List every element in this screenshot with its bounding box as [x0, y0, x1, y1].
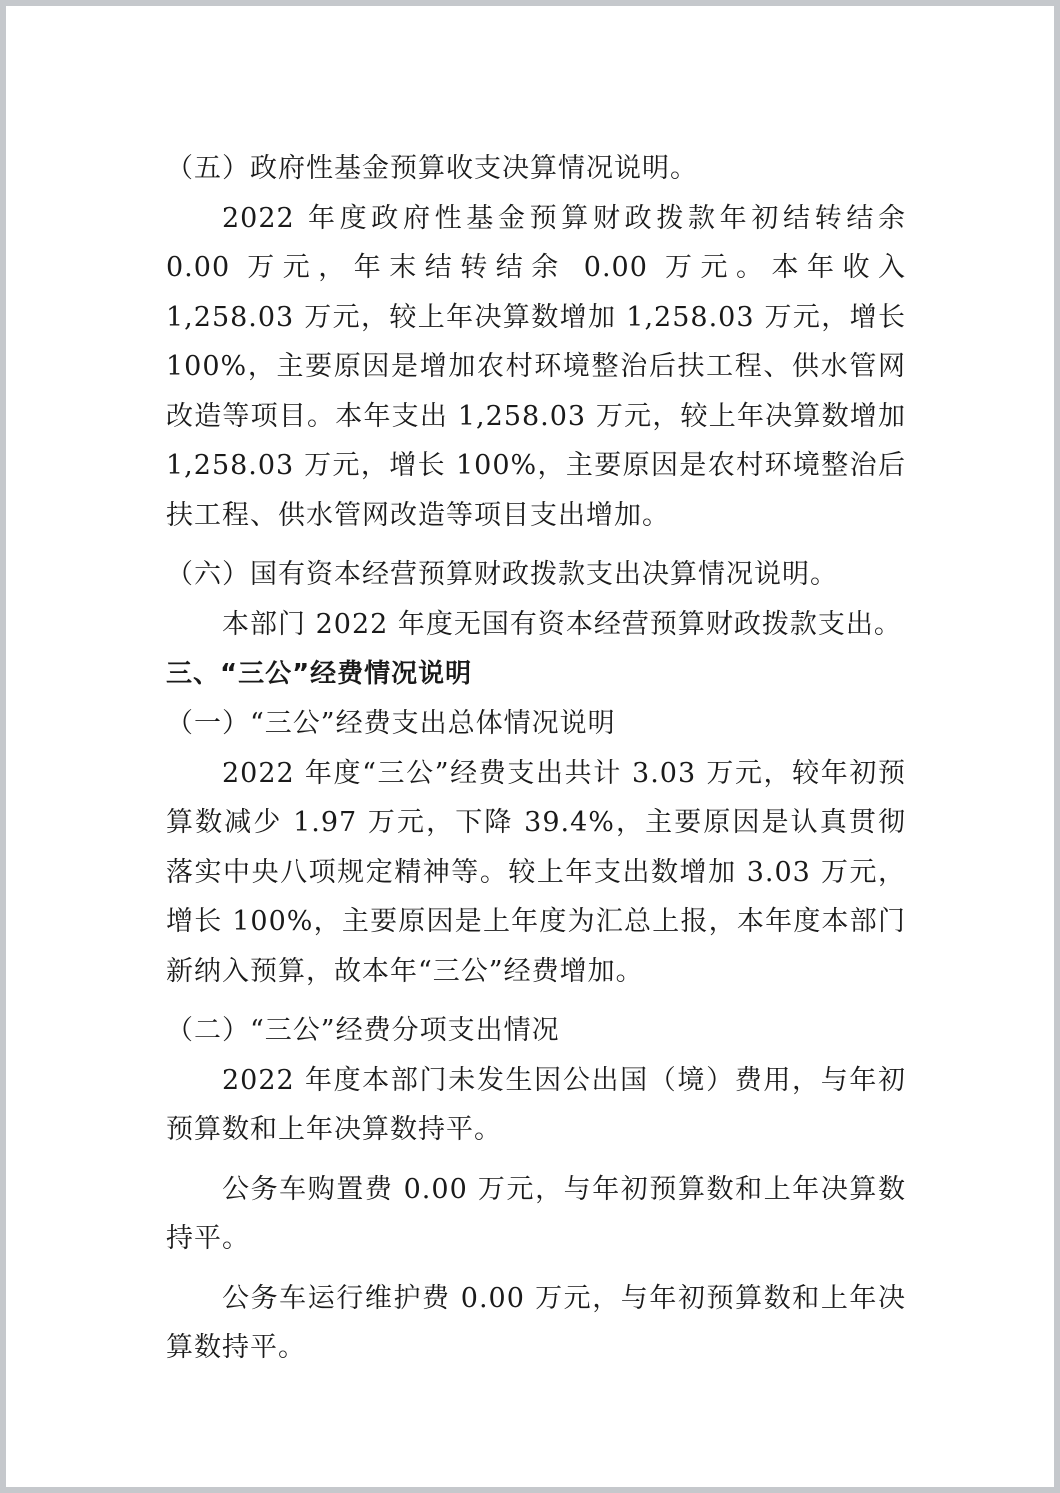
section-heading-5: （五）政府性基金预算收支决算情况说明。: [166, 144, 906, 194]
subsection-2-paragraph-1: 2022 年度本部门未发生因公出国（境）费用，与年初预算数和上年决算数持平。: [166, 1056, 906, 1155]
subsection-2-paragraph-3: 公务车运行维护费 0.00 万元，与年初预算数和上年决算数持平。: [166, 1274, 906, 1373]
section-heading-6: （六）国有资本经营预算财政拨款支出决算情况说明。: [166, 550, 906, 600]
subsection-2-paragraph-2: 公务车购置费 0.00 万元，与年初预算数和上年决算数持平。: [166, 1165, 906, 1264]
main-heading-three-public: 三、“三公”经费情况说明: [166, 649, 906, 699]
section-5-paragraph: 2022 年度政府性基金预算财政拨款年初结转结余 0.00 万元，年末结转结余 …: [166, 194, 906, 541]
subsection-heading-1: （一）“三公”经费支出总体情况说明: [166, 699, 906, 749]
section-6-paragraph: 本部门 2022 年度无国有资本经营预算财政拨款支出。: [166, 600, 906, 650]
subsection-1-paragraph: 2022 年度“三公”经费支出共计 3.03 万元，较年初预算数减少 1.97 …: [166, 749, 906, 997]
document-page: （五）政府性基金预算收支决算情况说明。 2022 年度政府性基金预算财政拨款年初…: [6, 6, 1054, 1487]
document-content: （五）政府性基金预算收支决算情况说明。 2022 年度政府性基金预算财政拨款年初…: [166, 144, 906, 1373]
subsection-heading-2: （二）“三公”经费分项支出情况: [166, 1006, 906, 1056]
